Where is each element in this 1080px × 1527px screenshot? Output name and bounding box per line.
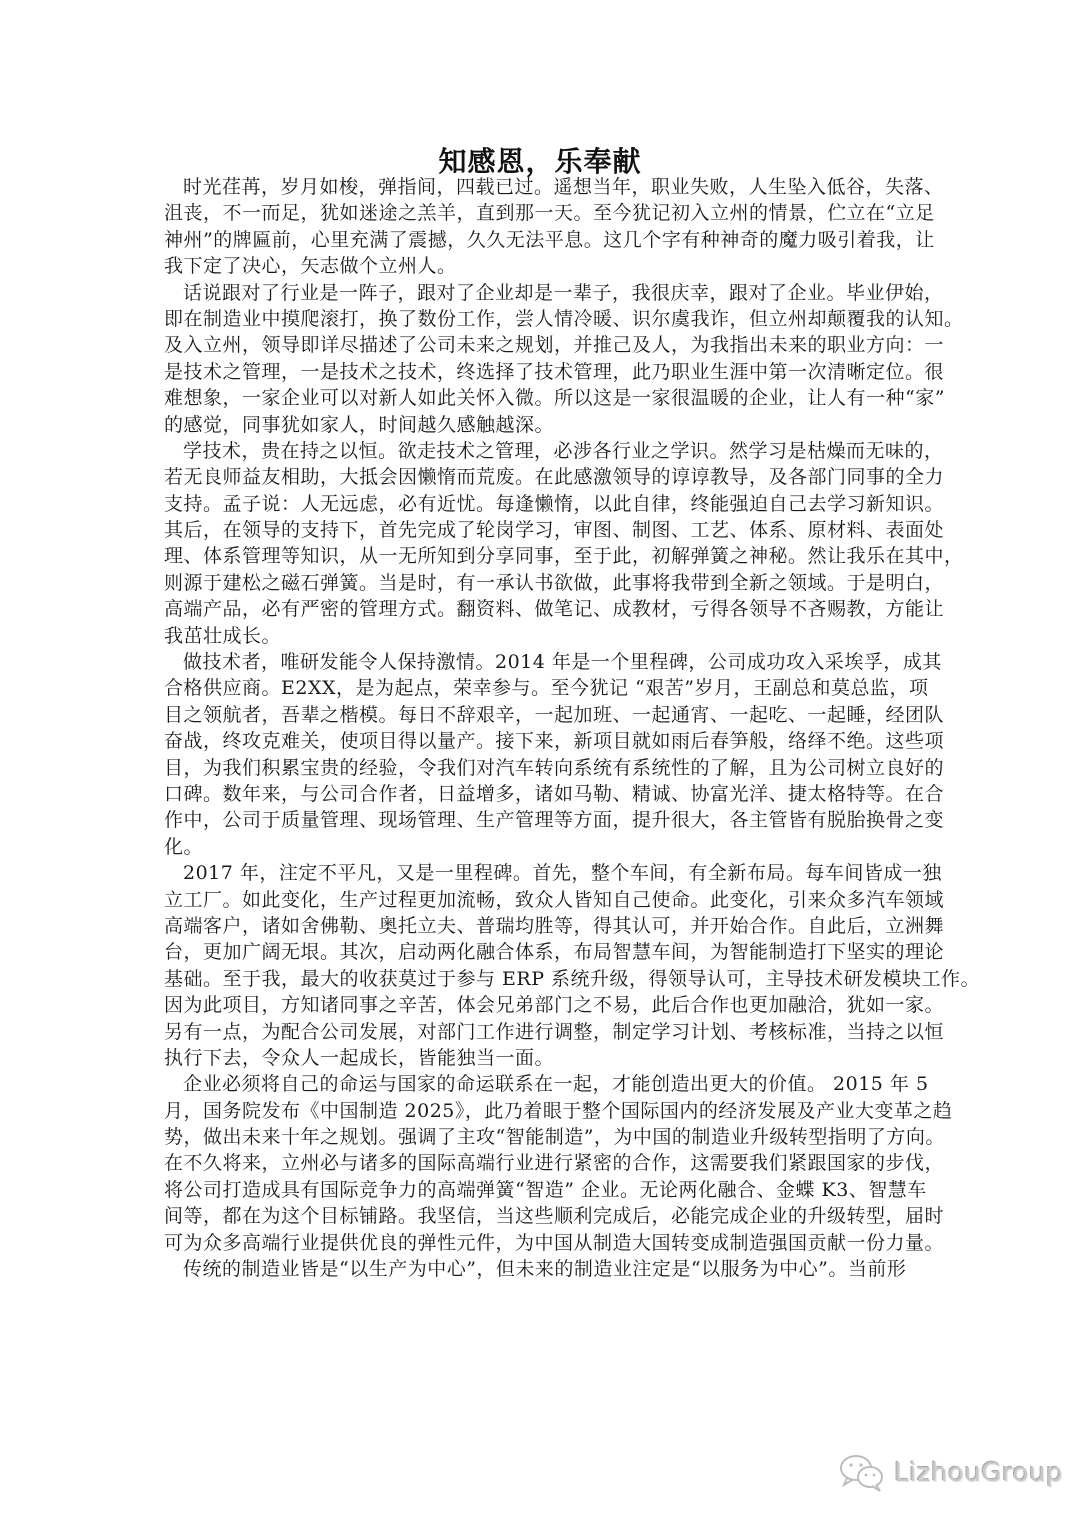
paragraph: 2017 年，注定不平凡，又是一里程碑。首先，整个车间，有全新布局。每车间皆成一… bbox=[164, 860, 924, 1071]
text-line: 难想象，一家企业可以对新人如此关怀入微。所以这是一家很温暖的企业，让人有一种“家… bbox=[164, 385, 924, 411]
text-line: 目，为我们积累宝贵的经验，令我们对汽车转向系统有系统性的了解，且为公司树立良好的 bbox=[164, 755, 924, 781]
text-line: 势，做出未来十年之规划。强调了主攻“智能制造”，为中国的制造业升级转型指明了方向… bbox=[164, 1124, 924, 1150]
text-line: 若无良师益友相助，大抵会因懒惰而荒废。在此感激领导的谆谆教导，及各部门同事的全力 bbox=[164, 464, 924, 490]
text-line: 合格供应商。E2XX，是为起点，荣幸参与。至今犹记 “艰苦”岁月，王副总和莫总监… bbox=[164, 675, 924, 701]
text-line: 高端产品，必有严密的管理方式。翻资料、做笔记、成教材，亏得各领导不吝赐教，方能让 bbox=[164, 596, 924, 622]
document-page: 知感恩，乐奉献 时光荏苒，岁月如梭，弹指间，四载已过。遥想当年，职业失败，人生坠… bbox=[0, 0, 1080, 1527]
text-line: 是技术之管理，一是技术之技术，终选择了技术管理，此乃职业生涯中第一次清晰定位。很 bbox=[164, 359, 924, 385]
text-line: 目之领航者，吾辈之楷模。每日不辞艰辛，一起加班、一起通宵、一起吃、一起睡，经团队 bbox=[164, 702, 924, 728]
text-line: 因为此项目，方知诸同事之辛苦，体会兄弟部门之不易，此后合作也更加融洽，犹如一家。 bbox=[164, 992, 924, 1018]
text-line: 可为众多高端行业提供优良的弹性元件，为中国从制造大国转变成制造强国贡献一份力量。 bbox=[164, 1230, 924, 1256]
text-line: 时光荏苒，岁月如梭，弹指间，四载已过。遥想当年，职业失败，人生坠入低谷，失落、 bbox=[164, 174, 924, 200]
document-body: 时光荏苒，岁月如梭，弹指间，四载已过。遥想当年，职业失败，人生坠入低谷，失落、沮… bbox=[164, 174, 924, 1282]
text-line: 月，国务院发布《中国制造 2025》，此乃着眼于整个国际国内的经济发展及产业大变… bbox=[164, 1098, 924, 1124]
watermark-text: LizhouGroup bbox=[894, 1458, 1063, 1488]
text-line: 则源于建松之磁石弹簧。当是时，有一承认书欲做，此事将我带到全新之领域。于是明白， bbox=[164, 570, 924, 596]
text-line: 口碑。数年来，与公司合作者，日益增多，诸如马勒、精诚、协富光洋、捷太格特等。在合 bbox=[164, 781, 924, 807]
text-line: 在不久将来，立州必与诸多的国际高端行业进行紧密的合作，这需要我们紧跟国家的步伐， bbox=[164, 1150, 924, 1176]
paragraph: 话说跟对了行业是一阵子，跟对了企业却是一辈子，我很庆幸，跟对了企业。毕业伊始，即… bbox=[164, 280, 924, 438]
text-line: 2017 年，注定不平凡，又是一里程碑。首先，整个车间，有全新布局。每车间皆成一… bbox=[164, 860, 924, 886]
text-line: 企业必须将自己的命运与国家的命运联系在一起，才能创造出更大的价值。 2015 年… bbox=[164, 1071, 924, 1097]
text-line: 神州”的牌匾前，心里充满了震撼，久久无法平息。这几个字有种神奇的魔力吸引着我，让 bbox=[164, 227, 924, 253]
text-line: 理、体系管理等知识，从一无所知到分享同事，至于此，初解弹簧之神秘。然让我乐在其中… bbox=[164, 543, 924, 569]
text-line: 间等，都在为这个目标铺路。我坚信，当这些顺利完成后，必能完成企业的升级转型，届时 bbox=[164, 1203, 924, 1229]
paragraph: 学技术，贵在持之以恒。欲走技术之管理，必涉各行业之学识。然学习是枯燥而无味的，若… bbox=[164, 438, 924, 649]
text-line: 支持。孟子说：人无远虑，必有近忧。每逢懒惰，以此自律，终能强迫自己去学习新知识。 bbox=[164, 491, 924, 517]
paragraph: 做技术者，唯研发能令人保持激情。2014 年是一个里程碑，公司成功攻入采埃孚，成… bbox=[164, 649, 924, 860]
text-line: 作中，公司于质量管理、现场管理、生产管理等方面，提升很大，各主管皆有脱胎换骨之变 bbox=[164, 807, 924, 833]
paragraph: 时光荏苒，岁月如梭，弹指间，四载已过。遥想当年，职业失败，人生坠入低谷，失落、沮… bbox=[164, 174, 924, 280]
text-line: 传统的制造业皆是“以生产为中心”，但未来的制造业注定是“以服务为中心”。当前形 bbox=[164, 1256, 924, 1282]
text-line: 奋战，终攻克难关，使项目得以量产。接下来，新项目就如雨后春笋般，络绎不绝。这些项 bbox=[164, 728, 924, 754]
text-line: 基础。至于我，最大的收获莫过于参与 ERP 系统升级，得领导认可，主导技术研发模… bbox=[164, 966, 924, 992]
text-line: 即在制造业中摸爬滚打，换了数份工作，尝人情冷暖、识尔虞我诈，但立州却颠覆我的认知… bbox=[164, 306, 924, 332]
wechat-icon bbox=[838, 1453, 886, 1493]
text-line: 的感觉，同事犹如家人，时间越久感触越深。 bbox=[164, 412, 924, 438]
text-line: 话说跟对了行业是一阵子，跟对了企业却是一辈子，我很庆幸，跟对了企业。毕业伊始， bbox=[164, 280, 924, 306]
paragraph: 传统的制造业皆是“以生产为中心”，但未来的制造业注定是“以服务为中心”。当前形 bbox=[164, 1256, 924, 1282]
text-line: 执行下去，令众人一起成长，皆能独当一面。 bbox=[164, 1045, 924, 1071]
text-line: 其后，在领导的支持下，首先完成了轮岗学习，审图、制图、工艺、体系、原材料、表面处 bbox=[164, 517, 924, 543]
text-line: 台，更加广阔无垠。其次，启动两化融合体系，布局智慧车间，为智能制造打下坚实的理论 bbox=[164, 939, 924, 965]
text-line: 立工厂。如此变化，生产过程更加流畅，致众人皆知自己使命。此变化，引来众多汽车领域 bbox=[164, 887, 924, 913]
text-line: 将公司打造成具有国际竞争力的高端弹簧“智造” 企业。无论两化融合、金蝶 K3、智… bbox=[164, 1177, 924, 1203]
watermark: LizhouGroup bbox=[838, 1453, 1063, 1493]
paragraph: 企业必须将自己的命运与国家的命运联系在一起，才能创造出更大的价值。 2015 年… bbox=[164, 1071, 924, 1256]
text-line: 另有一点，为配合公司发展，对部门工作进行调整，制定学习计划、考核标准，当持之以恒 bbox=[164, 1019, 924, 1045]
text-line: 学技术，贵在持之以恒。欲走技术之管理，必涉各行业之学识。然学习是枯燥而无味的， bbox=[164, 438, 924, 464]
text-line: 高端客户，诸如舍佛勒、奥托立夫、普瑞均胜等，得其认可，并开始合作。自此后，立洲舞 bbox=[164, 913, 924, 939]
text-line: 及入立州，领导即详尽描述了公司未来之规划，并推己及人，为我指出未来的职业方向：一 bbox=[164, 332, 924, 358]
text-line: 我下定了决心，矢志做个立州人。 bbox=[164, 253, 924, 279]
text-line: 化。 bbox=[164, 834, 924, 860]
text-line: 沮丧，不一而足，犹如迷途之羔羊，直到那一天。至今犹记初入立州的情景，伫立在“立足 bbox=[164, 200, 924, 226]
text-line: 做技术者，唯研发能令人保持激情。2014 年是一个里程碑，公司成功攻入采埃孚，成… bbox=[164, 649, 924, 675]
text-line: 我茁壮成长。 bbox=[164, 623, 924, 649]
